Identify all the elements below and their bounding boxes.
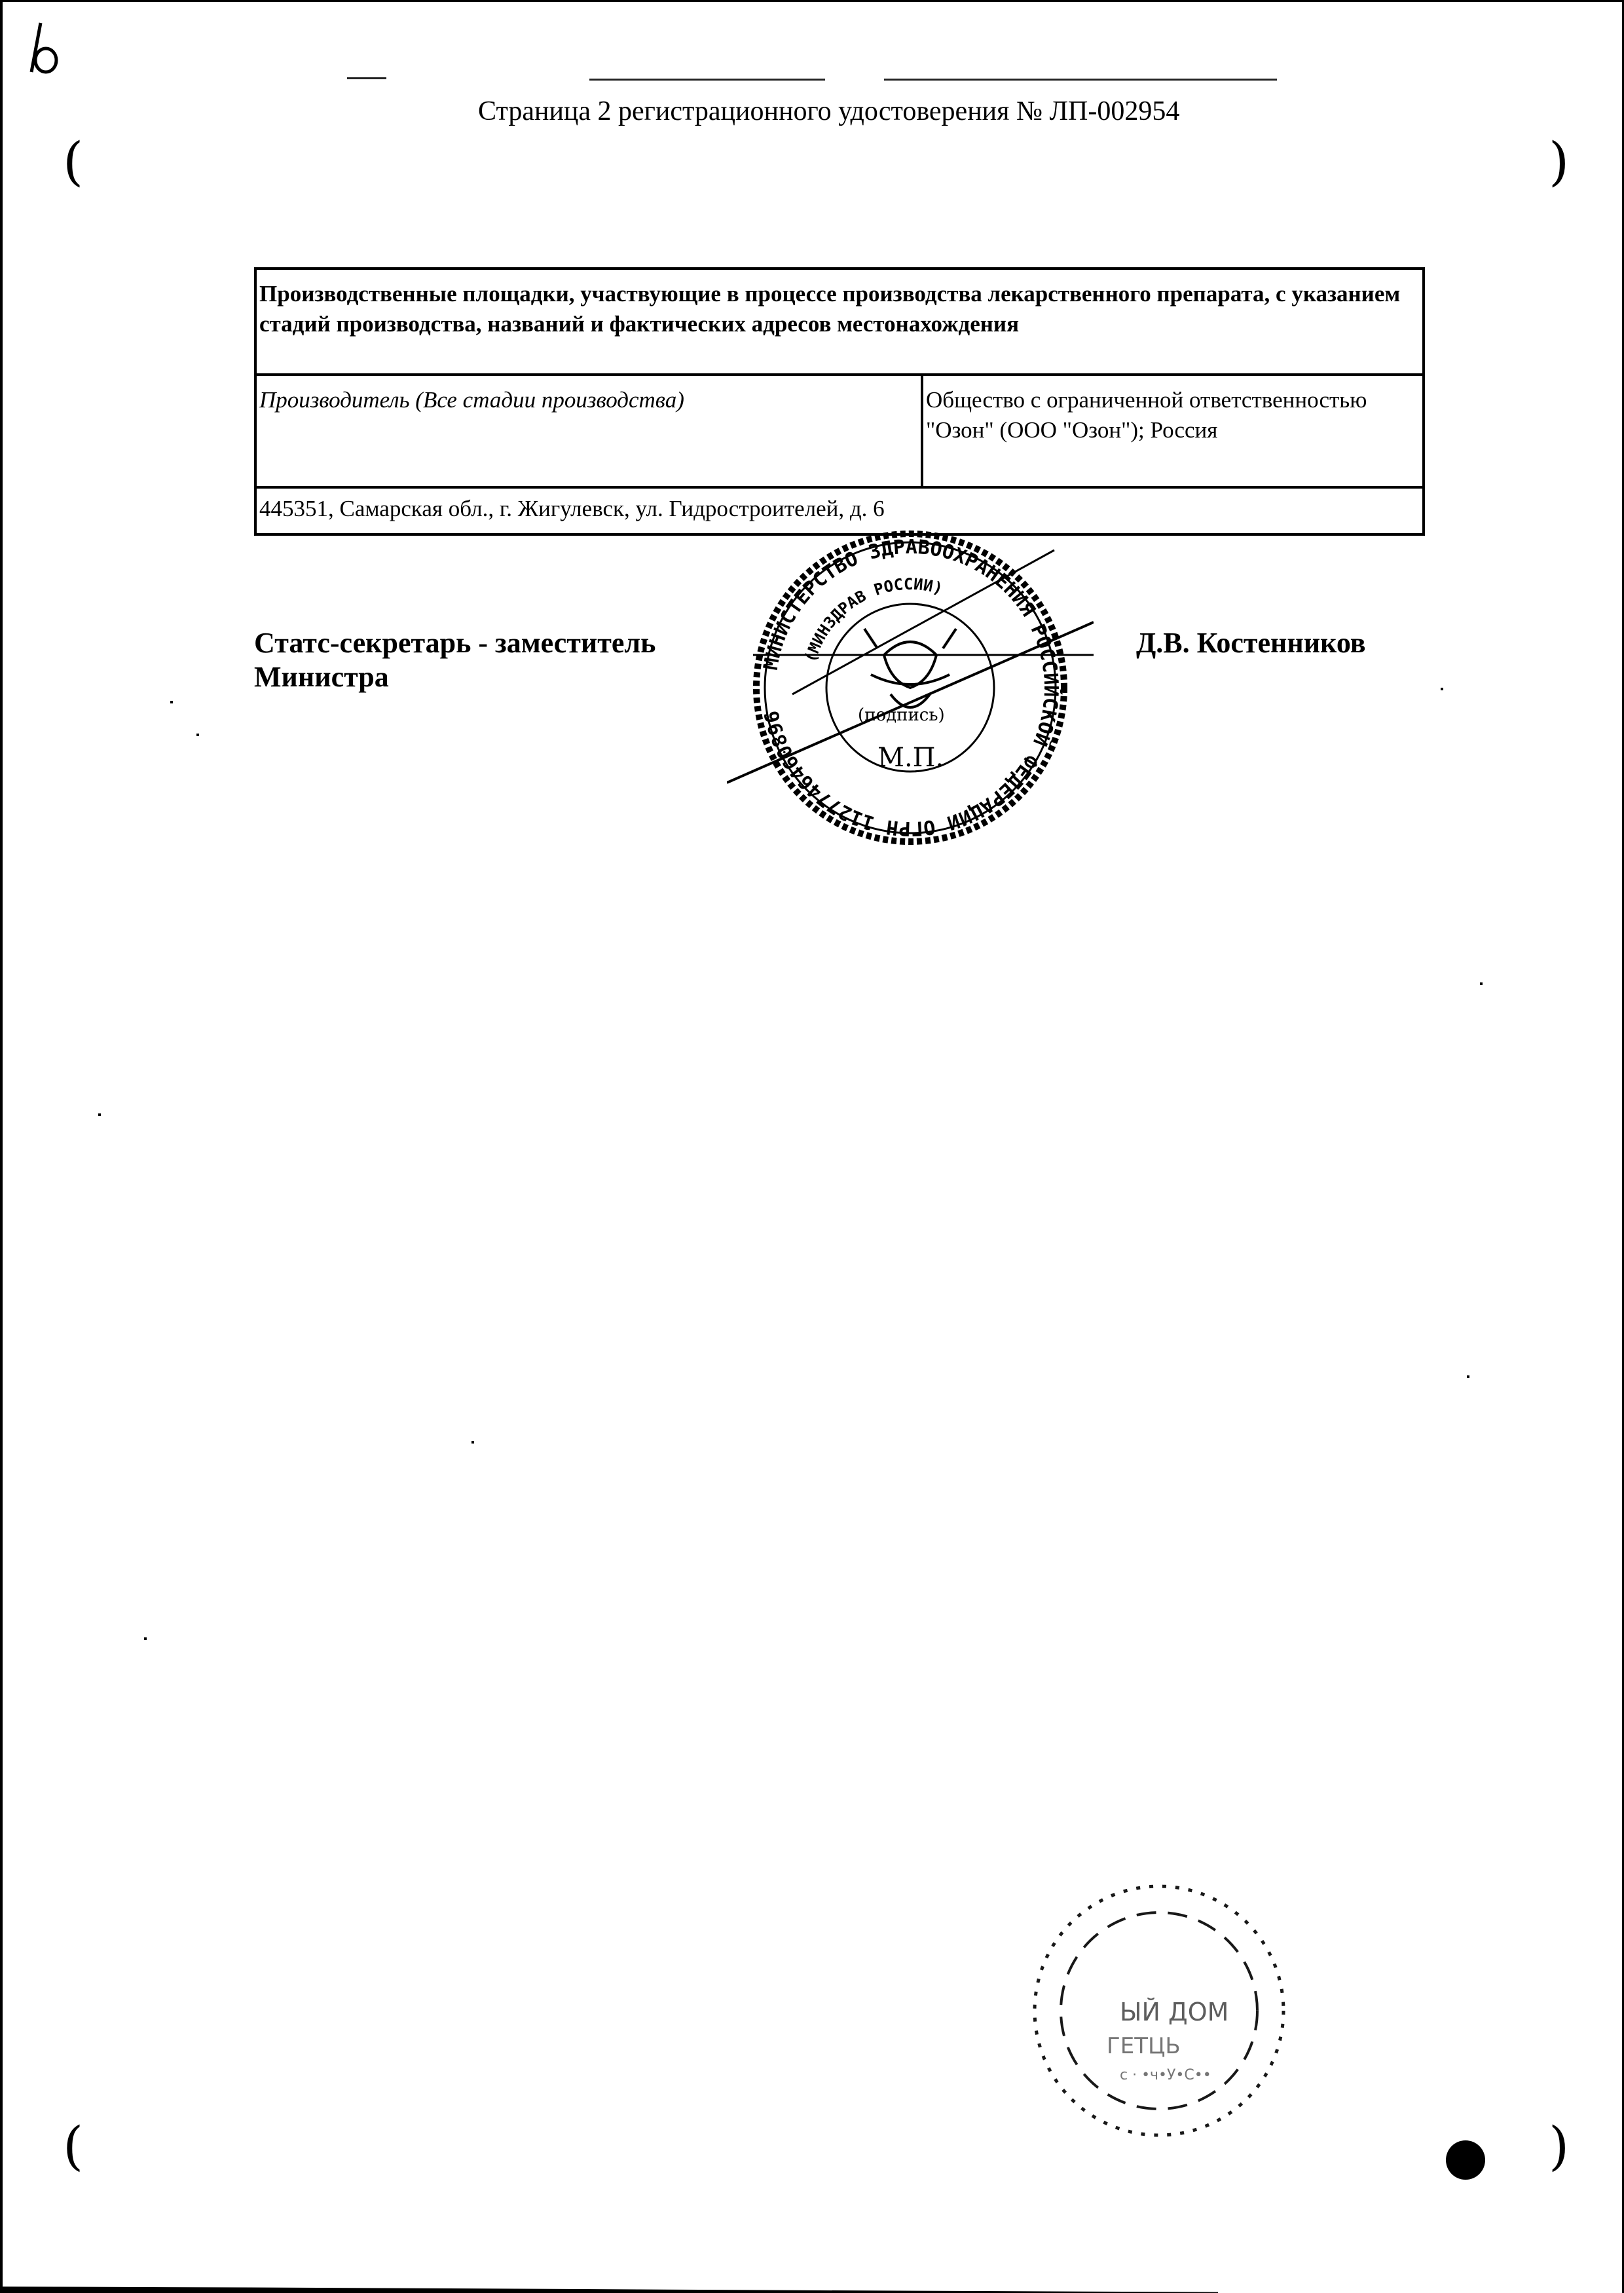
page-edge-top <box>0 0 1624 2</box>
scan-noise <box>1480 982 1483 985</box>
right-bracket-mark: ) <box>1549 131 1569 192</box>
scan-noise <box>1441 688 1443 690</box>
page-edge-bottom <box>0 2284 1218 2293</box>
official-seal-icon: МИНИСТЕРСТВО ЗДРАВООХРАНЕНИЯ РОССИЙСКОЙ … <box>727 524 1094 851</box>
scan-artifact-line <box>884 79 1277 81</box>
production-sites-table: Производственные площадки, участвующие в… <box>254 267 1425 536</box>
scan-noise <box>196 734 199 736</box>
page-edge-left <box>0 0 3 2293</box>
scan-noise <box>471 1441 474 1444</box>
page-header: Страница 2 регистрационного удостоверени… <box>478 96 1179 127</box>
right-bracket-mark: ) <box>1549 2116 1569 2176</box>
punch-hole-mark <box>1446 2140 1485 2180</box>
scan-noise <box>98 1113 101 1116</box>
scan-noise <box>144 1637 147 1640</box>
svg-text:М.П.: М.П. <box>877 743 944 773</box>
svg-text:(подпись): (подпись) <box>858 705 945 725</box>
left-bracket-mark: ( <box>63 2116 83 2176</box>
scan-artifact-line <box>347 77 386 79</box>
left-bracket-mark: ( <box>63 131 83 192</box>
table-row: Производитель (Все стадии производства) … <box>255 375 1424 487</box>
handwritten-page-number-icon <box>26 20 65 79</box>
manufacturer-role-cell: Производитель (Все стадии производства) <box>255 375 922 487</box>
table-header-cell: Производственные площадки, участвующие в… <box>255 269 1424 375</box>
signatory-title: Статс-секретарь - заместитель Министра <box>254 626 752 694</box>
svg-text:с · •ч•У•С••: с · •ч•У•С•• <box>1120 2067 1211 2083</box>
faded-copy-stamp-icon: ЫЙ ДОМ ГЕТЦЬ с · •ч•У•С•• <box>1022 1854 1329 2168</box>
scan-noise <box>170 701 173 703</box>
manufacturer-name-cell: Общество с ограниченной ответственностью… <box>922 375 1424 487</box>
svg-text:ЫЙ ДОМ: ЫЙ ДОМ <box>1120 1998 1228 2026</box>
signatory-name: Д.В. Костенников <box>1136 626 1366 660</box>
scan-noise <box>1467 1375 1469 1378</box>
svg-text:ГЕТЦЬ: ГЕТЦЬ <box>1107 2033 1181 2059</box>
scan-artifact-line <box>589 79 825 81</box>
